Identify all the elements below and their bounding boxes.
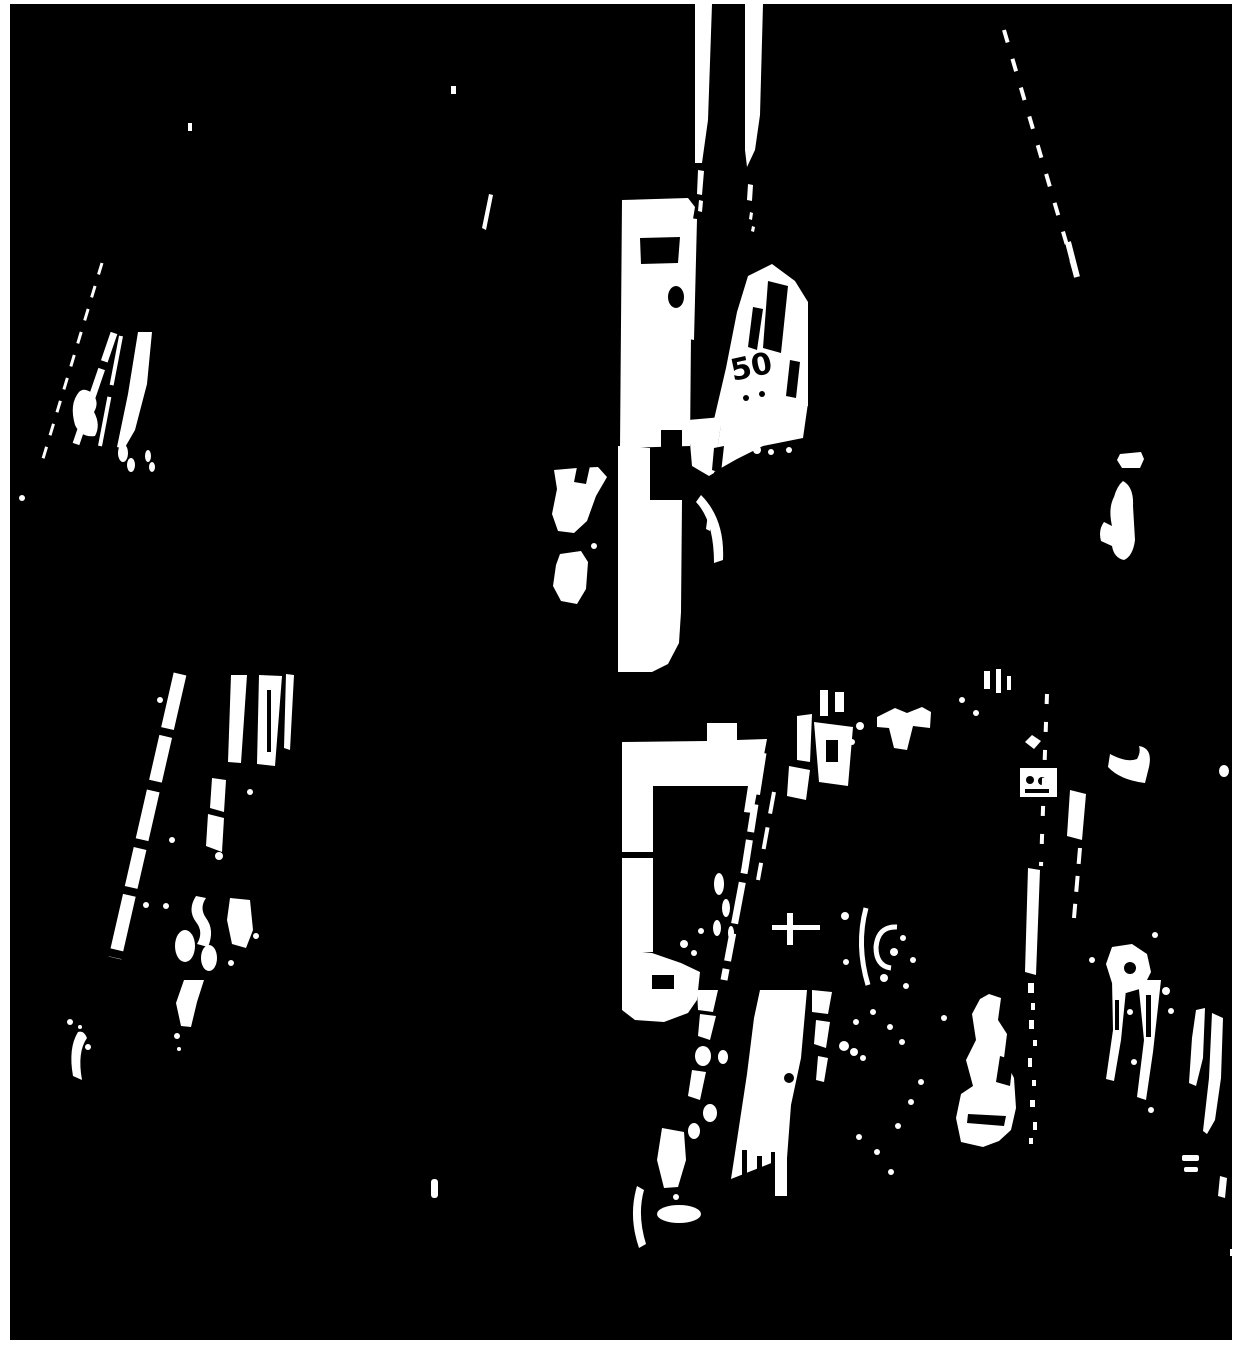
ll-strip-c-slit-0 xyxy=(267,690,271,752)
mid-streak-specks-2 xyxy=(1148,1107,1154,1113)
ll-lower-ellipses-0 xyxy=(175,930,195,962)
under-wedge-dots-2 xyxy=(786,447,792,453)
right-scatter-dots-6 xyxy=(899,1039,905,1045)
ll-mid-blob-2 xyxy=(206,814,224,852)
streak-tip-dots-1 xyxy=(177,1047,181,1051)
far-right-dots-1 xyxy=(849,739,855,745)
under-wedge-dots-1 xyxy=(768,449,774,455)
right-bars-0 xyxy=(820,690,828,716)
lower-band-slit-2-0 xyxy=(757,1156,762,1196)
cross-horizontal-0 xyxy=(772,925,820,930)
diag-fragments-3 xyxy=(728,926,734,940)
g-arc-dot-0 xyxy=(890,948,898,956)
mottle-ellipses-2 xyxy=(718,1050,728,1064)
bottom-left-dash-0 xyxy=(431,1179,438,1198)
mast-lower xyxy=(618,500,682,672)
mast-notch-2-0 xyxy=(668,286,684,308)
mast-notch-1 xyxy=(640,237,680,264)
dotted-column-7 xyxy=(1033,1122,1037,1130)
right-scatter-dots-10 xyxy=(874,1149,880,1155)
white-block-bar-0 xyxy=(1025,789,1049,793)
arc-cluster-dots-2 xyxy=(910,957,916,963)
left-mid-speck-0 xyxy=(673,1194,679,1200)
t-left-column-b-0 xyxy=(622,858,653,952)
ul-dot-high-0 xyxy=(188,123,192,131)
rm-blob-small xyxy=(1117,452,1144,468)
t-foot-hole-0 xyxy=(652,975,674,989)
right-top-bars-1 xyxy=(996,669,1001,693)
mottle-ellipses-3 xyxy=(688,1123,700,1139)
mast-notch-3-0 xyxy=(661,430,682,447)
ll-specks-7 xyxy=(143,902,149,908)
right-complex-b-hole-0 xyxy=(826,740,838,762)
right-scatter-dots-7 xyxy=(908,1099,914,1105)
right-edge-dot-0 xyxy=(1219,765,1229,777)
streak-tip-dots-0 xyxy=(174,1033,180,1039)
dotted-column-3 xyxy=(1033,1040,1037,1046)
right-bars-1 xyxy=(835,692,844,712)
right-scatter-dots-0 xyxy=(839,1041,849,1051)
mottle-ellipses-0 xyxy=(695,1046,711,1066)
ll-specks-4 xyxy=(228,960,234,966)
arc-cluster-dots-3 xyxy=(880,974,888,982)
lower-band-slit-3-0 xyxy=(771,1152,775,1196)
speck-top-center-0 xyxy=(451,86,456,94)
cross-vertical-0 xyxy=(787,913,793,945)
right-scatter-dots-9 xyxy=(856,1134,862,1140)
right-top-dots-0 xyxy=(959,697,965,703)
diag-fragments-2 xyxy=(713,920,721,936)
arc-cluster-dots-0 xyxy=(841,912,849,920)
right-bottom-blob-hole-0 xyxy=(1124,962,1136,974)
right-scatter-dots-12 xyxy=(918,1079,924,1085)
screenshot-root: 50 xyxy=(0,0,1240,1348)
mottle-ellipses-1 xyxy=(703,1104,717,1122)
ll-specks-0 xyxy=(157,697,163,703)
ul-dot-low-0 xyxy=(19,495,25,501)
far-right-dots-0 xyxy=(856,722,864,730)
ll-mid-blob-1 xyxy=(210,778,226,812)
bottom-ellipse-0 xyxy=(657,1205,701,1223)
arc-cluster-dots-5 xyxy=(903,983,909,989)
mid-streak-1-slit-0 xyxy=(1115,1000,1119,1030)
dotted-column-6 xyxy=(1030,1100,1035,1107)
lower-band-slit-1-0 xyxy=(742,1150,747,1196)
far-right-edge-dot-0 xyxy=(1230,1249,1233,1256)
right-scatter-dots-3 xyxy=(853,1019,859,1025)
cat-dot-0 xyxy=(941,1015,947,1021)
right-top-bars-2 xyxy=(1007,676,1011,690)
left-of-arc-bits-2 xyxy=(698,928,704,934)
bottom-left-dots-2 xyxy=(85,1044,91,1050)
right-scatter-dots-5 xyxy=(887,1024,893,1030)
bottom-left-dots-0 xyxy=(67,1019,73,1025)
far-right-dashes-0 xyxy=(1182,1155,1199,1161)
mid-streak-specks-1 xyxy=(1131,1059,1137,1065)
lower-band-hole-0 xyxy=(784,1073,794,1083)
arc-cluster-dots-1 xyxy=(900,935,906,941)
right-top-dots-1 xyxy=(973,710,979,716)
dotted-column-0 xyxy=(1028,983,1034,993)
dotted-column-8 xyxy=(1029,1138,1033,1144)
mast-upper xyxy=(620,198,695,448)
right-top-bars-0 xyxy=(984,671,990,689)
arc-cluster-dots-4 xyxy=(843,959,849,965)
right-scatter-dots-8 xyxy=(895,1123,901,1129)
right-scatter-dots-1 xyxy=(850,1048,858,1056)
white-block-marks-0 xyxy=(1026,776,1034,784)
left-of-arc-bits-0 xyxy=(680,940,688,948)
mid-streak-specks-4 xyxy=(1168,1008,1174,1014)
right-bottom-specks-0 xyxy=(1089,957,1095,963)
dotted-column-5 xyxy=(1032,1080,1036,1086)
t-left-column-a-0 xyxy=(622,786,653,852)
bottom-left-dots-1 xyxy=(78,1025,82,1029)
band-dots-1 xyxy=(759,391,765,397)
left-of-arc-bits-1 xyxy=(691,950,697,956)
dotted-column-1 xyxy=(1031,1003,1035,1010)
under-wedge-dots-0 xyxy=(753,446,761,454)
ll-specks-1 xyxy=(247,789,253,795)
right-complex-c xyxy=(787,766,810,800)
ul-fragments-1 xyxy=(127,458,135,472)
right-scatter-dots-2 xyxy=(860,1055,866,1061)
ul-fragments-3 xyxy=(149,462,155,472)
band-dots-0 xyxy=(743,395,749,401)
mid-streak-specks-0 xyxy=(1127,1009,1133,1015)
thresholded-photo-canvas: 50 xyxy=(0,0,1240,1348)
mast-neck xyxy=(618,446,650,508)
left-speck-0 xyxy=(591,543,597,549)
ul-fragments-0 xyxy=(118,444,128,462)
dotted-column-2 xyxy=(1029,1020,1034,1029)
ll-lower-ellipses-1 xyxy=(201,945,217,971)
dotted-column-4 xyxy=(1028,1058,1032,1067)
right-complex-a xyxy=(797,714,812,762)
mid-streak-specks-3 xyxy=(1162,987,1170,995)
ll-specks-3 xyxy=(163,903,169,909)
ll-specks-5 xyxy=(253,933,259,939)
right-bottom-specks-1 xyxy=(1152,932,1158,938)
mid-streak-2-slit-0 xyxy=(1146,995,1151,1037)
ll-specks-6 xyxy=(169,837,175,843)
ul-fragments-2 xyxy=(145,450,151,462)
diag-fragments-0 xyxy=(714,873,724,895)
diag-fragments-1 xyxy=(722,899,730,917)
right-scatter-dots-11 xyxy=(888,1169,894,1175)
ll-specks-2 xyxy=(215,852,223,860)
right-scatter-dots-4 xyxy=(870,1009,876,1015)
far-right-dashes-1 xyxy=(1184,1167,1198,1172)
